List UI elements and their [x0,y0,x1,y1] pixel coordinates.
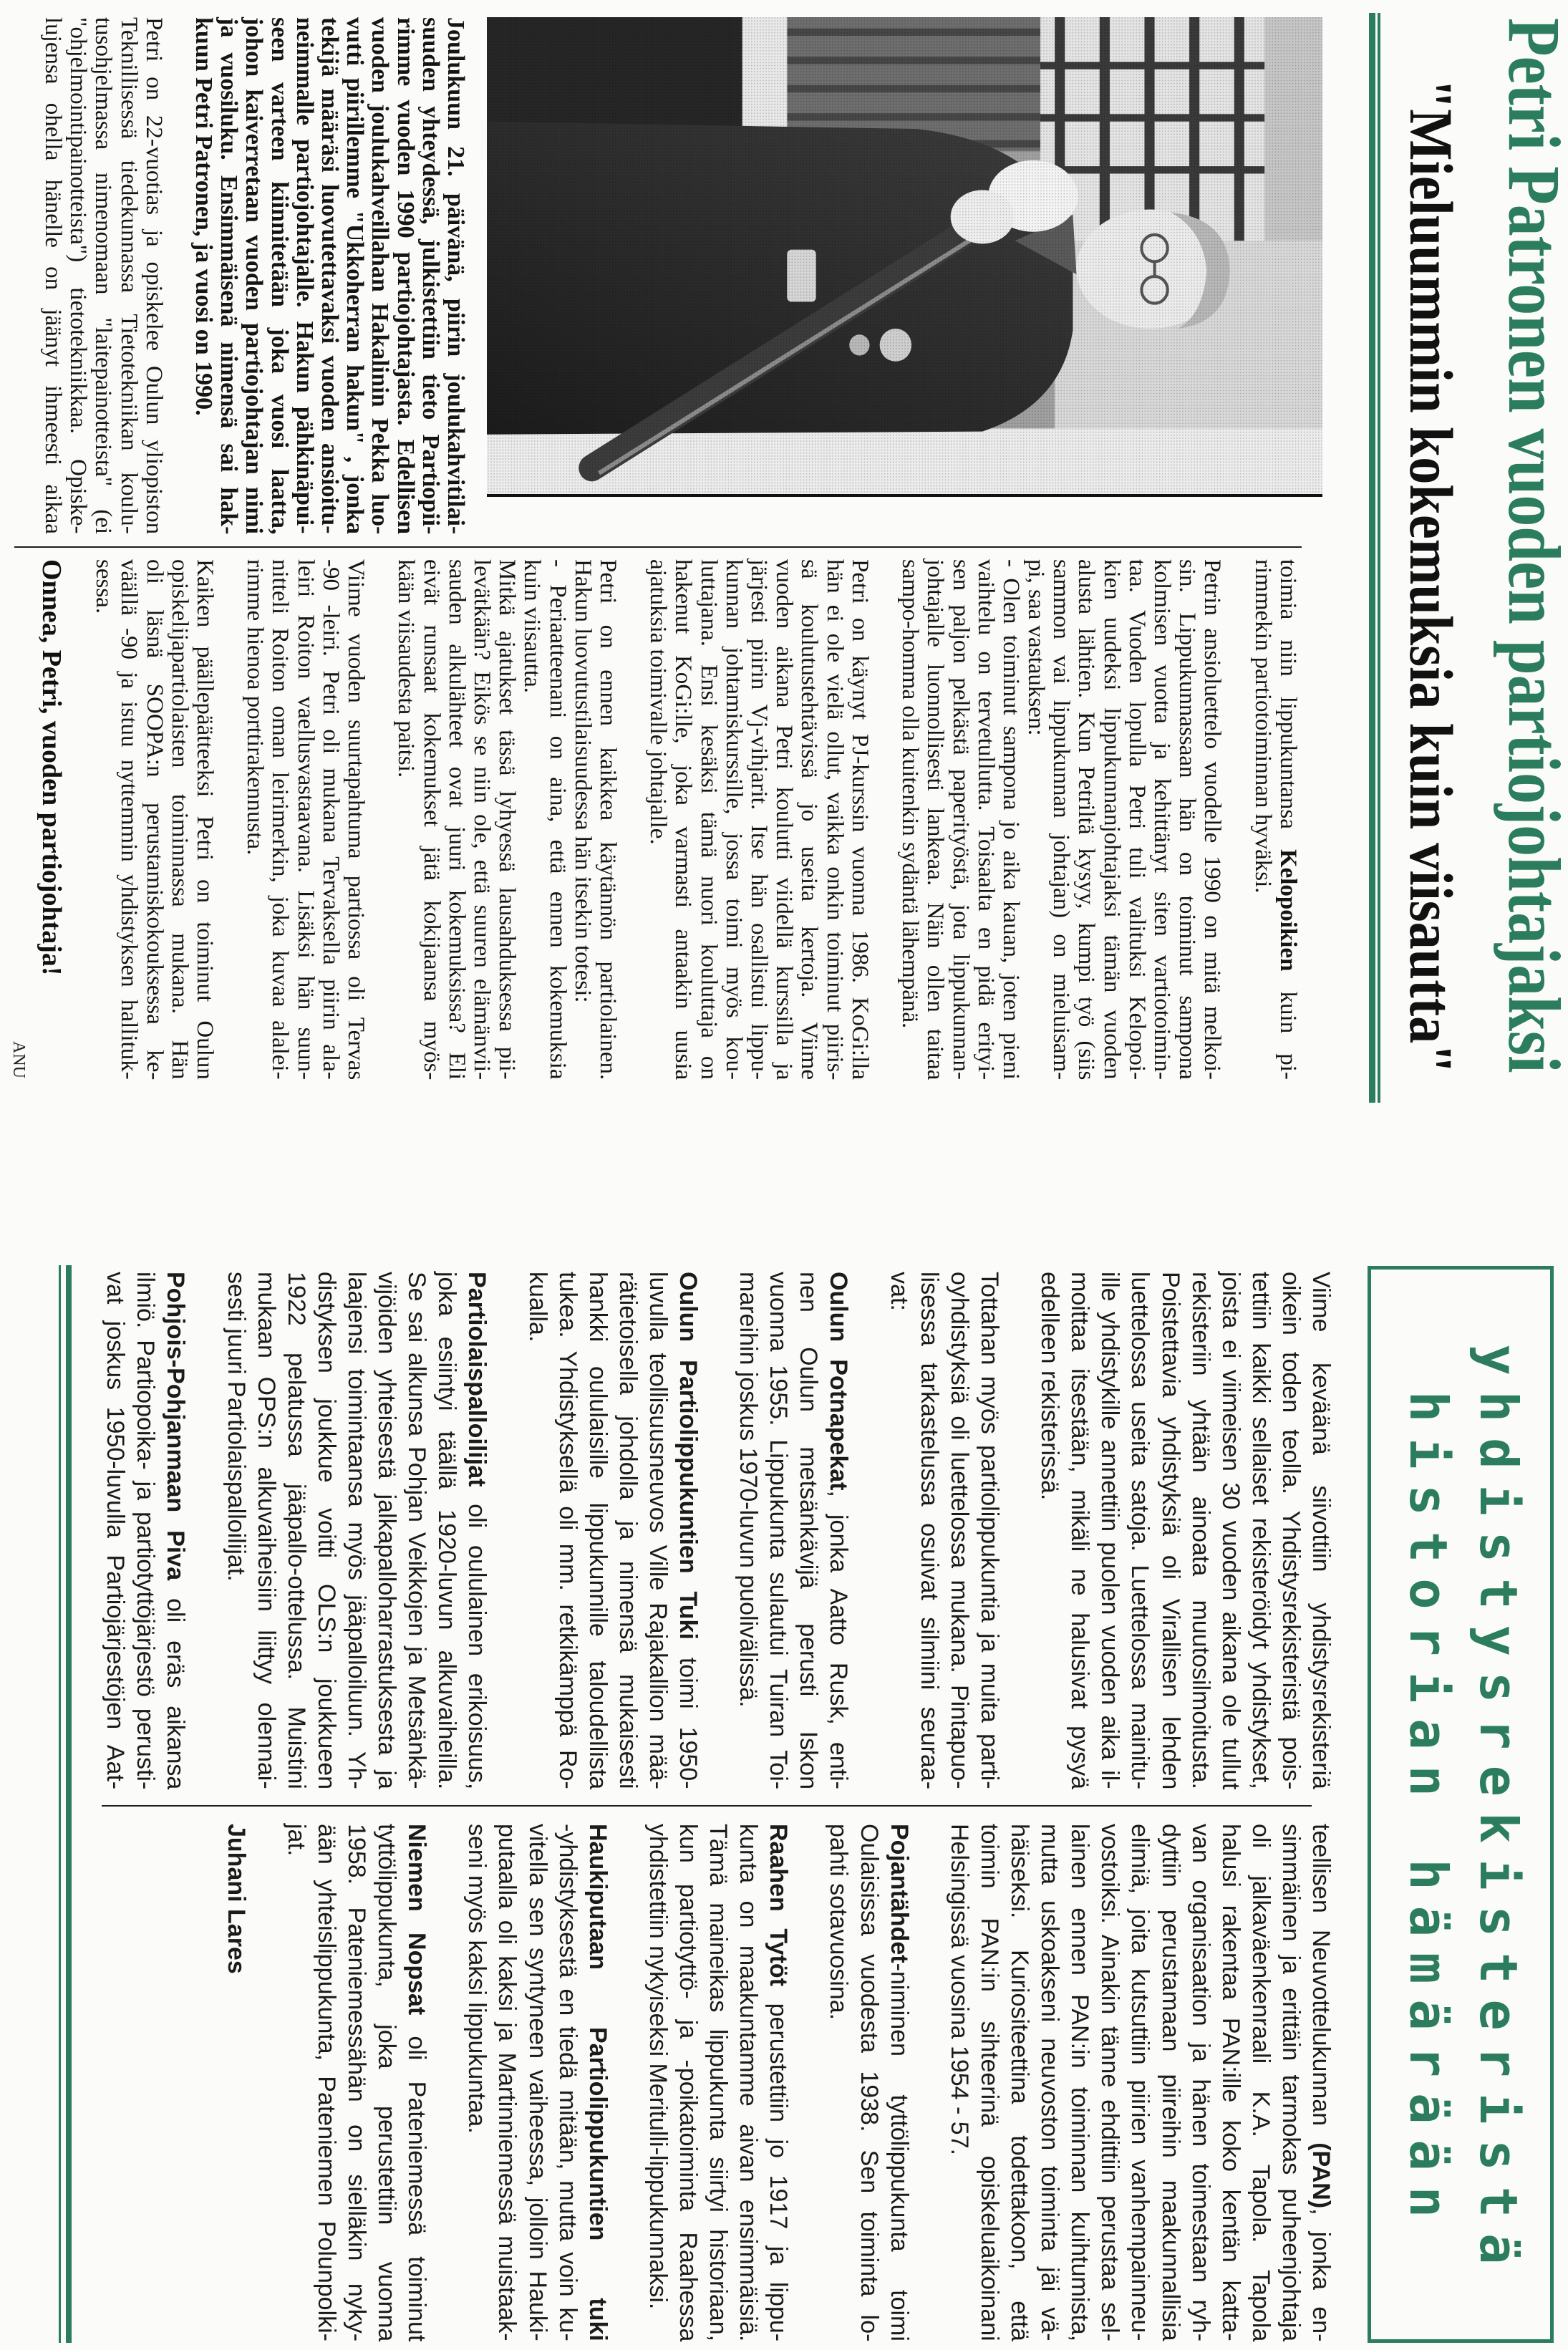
text-line: nen Oulun metsänkävijä perusti Iskon [793,1272,823,1789]
text-run: oyhdistyksiä oli luettelossa mukana. Pin… [946,1272,973,1789]
text-run: joka esiintyi täällä 1920-luvun alkuvaih… [433,1272,460,1789]
paragraph: Oulun Potnapekat, jonka Aatto Rusk, enti… [733,1272,853,1789]
text-line: mutta uskoakseni neuvoston toiminta jäi … [1035,1824,1065,2341]
bold-run: Niemen Nopsat [403,1824,430,2015]
text-run: Oulaisissa vuodesta 1938. Sen toiminta l… [856,1824,883,2341]
text-line-content: häiseksi. Kuriositeettina todettakoon, e… [1006,1824,1033,2341]
text-line-content: kualla. [524,1272,551,1342]
text-line: vostoiksi. Ainakin tänne ehdittiin perus… [1095,1824,1125,2341]
text-line: tyttölippukunta, joka perustettiin vuonn… [372,1824,402,2341]
text-run: Poistettavia yhdistyksiä oli Virallisen … [1157,1272,1184,1789]
text-line: Tämä maineikas lippukunta siirtyi histor… [703,1824,733,2341]
text-line-content: mutta uskoakseni neuvoston toiminta jäi … [1036,1824,1063,2341]
text-run: -niminen tyttölippukunta toimi [886,1963,913,2341]
text-run: dyttiin perustamaan piireihin maakunnall… [1157,1824,1184,2341]
text-run: kunta on maakuntamme aivan ensimmäisiä. [735,1824,762,2341]
text-run: lainen ennen PAN:in toiminnan kuihtumist… [1066,1824,1093,2341]
text-line: tukea. Yhdistyksellä oli mm. retkikämppä… [553,1272,583,1789]
text-line: luettelossa useita satoja. Luettelossa m… [1125,1272,1155,1789]
text-line-content: Partiolaispalloilijat oli oululainen eri… [463,1272,490,1789]
text-line: rätietoisella johdolla ja nimensä mukais… [613,1272,643,1789]
text-line: ilmiö. Partiopoika- ja partiotyttöjärjes… [130,1272,160,1789]
text-run: vostoiksi. Ainakin tänne ehdittiin perus… [1096,1824,1123,2341]
text-line: elimiä, joita kutsuttiin piirien vanhemp… [1125,1824,1155,2341]
text-line: pahti sotavuosina. [823,1824,853,2341]
column-1: Viime keväänä siivottiin yhdistysrekiste… [100,1272,1336,1789]
text-run: mutta uskoakseni neuvoston toiminta jäi … [1036,1824,1063,2341]
paragraph: Viime keväänä siivottiin yhdistysrekiste… [1035,1272,1336,1789]
text-run: toimin PAN:in sihteerinä opiskeluaikoina… [976,1824,1003,2341]
text-run: lisessa tarkastelussa osuivat silmiini s… [916,1272,943,1789]
text-run: ilmiö. Partiopoika- ja partiotyttöjärjes… [132,1272,159,1789]
text-line-content: rekisteriin yhtään ainoata muutosilmoitu… [1187,1272,1214,1789]
text-run: ille yhdistykille annettiin puolen vuode… [1096,1272,1123,1789]
text-run: , jonka en- [1307,2208,1335,2341]
text-run: jat. [283,1824,310,1856]
text-line: vuonna 1955. Lippukunta sulautui Tuiran … [763,1272,793,1789]
text-line: mareihin joskus 1970-luvun puolivälissä. [733,1272,763,1789]
column-1-paragraphs: Viime keväänä siivottiin yhdistysrekiste… [100,1272,1336,1789]
text-line: 1958. Pateniemessähän on sielläkin nyky- [342,1824,372,2341]
text-run: seni myös kaksi lippukuntaa. [463,1824,490,2134]
text-run: vijöiden yhteisestä jalkapalloharrastuks… [373,1272,400,1789]
text-line-content: moittaa itsestään, mikäli ne halusivat p… [1066,1272,1093,1789]
text-line: vat: [884,1272,914,1789]
bold-run: Raahen Tytöt [765,1824,792,1986]
text-line-content: vijöiden yhteisestä jalkapalloharrastuks… [373,1272,400,1789]
text-run: putaalla oli kaksi ja Martinniemessä mui… [493,1824,521,2341]
text-line: vat joskus 1950-luvulla Partiojärjestöje… [100,1272,130,1789]
text-run: oli Pateniemessä toiminut [403,2015,430,2341]
text-line-content: luettelossa useita satoja. Luettelossa m… [1126,1272,1153,1789]
text-run: joista ei viimeisen 30 vuoden aikana ole… [1217,1272,1244,1789]
text-line-content: dyttiin perustamaan piireihin maakunnall… [1157,1824,1184,2341]
paragraph: Haukiputaan Partiolippukuntien tuki-yhdi… [462,1824,612,2341]
text-run: rätietoisella johdolla ja nimensä mukais… [614,1272,642,1789]
text-run: teellisen Neuvottelukunnan [1307,1824,1335,2142]
text-run: halusi rakentaa PAN:ille koko kentän kat… [1217,1824,1244,2341]
green-rule-thick [66,1265,72,2343]
text-run: Tämä maineikas lippukunta siirtyi histor… [705,1824,732,2341]
text-run: ään yhteislippukunta, Pateniemen Polunpo… [313,1824,340,2341]
text-line-content: Oulaisissa vuodesta 1938. Sen toiminta l… [856,1824,883,2341]
text-line-content: oikein toden teolla. Yhdistysrekisterist… [1277,1272,1305,1789]
text-line-content: van organisaation ja hänen toimestaan ry… [1187,1824,1214,2341]
green-rule-thin [59,1265,61,2343]
text-line: Niemen Nopsat oli Pateniemessä toiminut [402,1824,432,2341]
paragraph: Oulun Partiolippukuntien Tuki toimi 1950… [522,1272,703,1789]
text-line-content: teellisen Neuvottelukunnan (PAN), jonka … [1307,1824,1335,2341]
text-line-content: sesti juuri Partiolaispalloilijat. [223,1272,250,1582]
paragraph: Pojantähdet-niminen tyttölippukunta toim… [823,1824,914,2341]
text-run: 1922 pelatussa jääpallo-ottelussa. Muist… [283,1272,310,1789]
text-run: kun partiotyttö- ja -poikatoiminta Raahe… [674,1824,702,2341]
text-run: mareihin joskus 1970-luvun puolivälissä. [735,1272,762,1708]
text-line: teellisen Neuvottelukunnan (PAN), jonka … [1306,1824,1336,2341]
text-line: halusi rakentaa PAN:ille koko kentän kat… [1216,1824,1246,2341]
text-run: -yhdistyksestä en tiedä mitään, mutta vo… [554,1824,581,2341]
text-run: oikein toden teolla. Yhdistysrekisterist… [1277,1272,1305,1789]
text-line: moittaa itsestään, mikäli ne halusivat p… [1065,1272,1095,1789]
bold-run: Haukiputaan Partiolippukuntien tuki [584,1824,611,2341]
text-line: Se sai alkunsa Pohjan Veikkojen ja Metsä… [402,1272,432,1789]
text-line-content: distyksen joukkue voitti OLS:n joukkueen [313,1272,340,1789]
text-run: van organisaation ja hänen toimestaan ry… [1187,1824,1214,2341]
text-line-content: Tottahan myös partiolippukuntia ja muita… [976,1272,1003,1789]
text-run: 1958. Pateniemessähän on sielläkin nyky- [343,1824,370,2341]
text-line: Poistettavia yhdistyksiä oli Virallisen … [1155,1272,1185,1789]
text-line-content: lainen ennen PAN:in toiminnan kuihtumist… [1066,1824,1093,2341]
text-run: Viime keväänä siivottiin yhdistysrekiste… [1307,1272,1335,1789]
text-line-content: Pohjois-Pohjanmaan Piva oli eräs aikansa [162,1272,189,1789]
bold-run: Oulun Potnapekat [826,1272,853,1491]
text-line-content: vuonna 1955. Lippukunta sulautui Tuiran … [765,1272,792,1789]
text-line: joka esiintyi täällä 1920-luvun alkuvaih… [432,1272,462,1789]
text-run: tyttölippukunta, joka perustettiin vuonn… [373,1824,400,2341]
text-line: vitella sen syntyneen vaiheessa, jolloin… [522,1824,552,2341]
bold-run: Oulun Partiolippukuntien Tuki [674,1272,702,1640]
text-line-content: tukea. Yhdistyksellä oli mm. retkikämppä… [554,1272,581,1789]
text-line-content: seni myös kaksi lippukuntaa. [463,1824,490,2134]
text-line: Pojantähdet-niminen tyttölippukunta toim… [884,1824,914,2341]
text-line-content: hankki oululaisille lippukunnille taloud… [584,1272,611,1789]
text-line: Partiolaispalloilijat oli oululainen eri… [462,1272,492,1789]
text-line-content: joka esiintyi täällä 1920-luvun alkuvaih… [433,1272,460,1789]
text-run: vat: [886,1272,913,1311]
text-line: joista ei viimeisen 30 vuoden aikana ole… [1216,1272,1246,1789]
text-line: -yhdistyksestä en tiedä mitään, mutta vo… [553,1824,583,2341]
text-run: luettelossa useita satoja. Luettelossa m… [1126,1272,1153,1789]
text-run: tukea. Yhdistyksellä oli mm. retkikämppä… [554,1272,581,1789]
text-line-content: nen Oulun metsänkävijä perusti Iskon [795,1272,822,1789]
text-line-content: putaalla oli kaksi ja Martinniemessä mui… [493,1824,521,2341]
text-line: yhdistettiin nykyiseksi Meritulli-lippuk… [643,1824,673,2341]
bold-run: Pojantähdet [886,1824,913,1963]
column-divider [102,1805,1312,1807]
text-run: Tottahan myös partiolippukuntia ja muita… [976,1272,1003,1789]
text-line: oyhdistyksiä oli luettelossa mukana. Pin… [944,1272,974,1789]
text-line-content: lisessa tarkastelussa osuivat silmiini s… [916,1272,943,1789]
text-run: sesti juuri Partiolaispalloilijat. [223,1272,250,1582]
text-line: Haukiputaan Partiolippukuntien tuki [583,1824,613,2341]
text-line-content: mukaan OPS:n alkuvaiheisiin liittyy olen… [253,1272,280,1789]
text-line-content: Viime keväänä siivottiin yhdistysrekiste… [1307,1272,1335,1789]
magazine-spread: Petri Patronen vuoden partiojohtajaksi "… [0,0,1568,2350]
text-line-content: -yhdistyksestä en tiedä mitään, mutta vo… [554,1824,581,2341]
text-line: Viime keväänä siivottiin yhdistysrekiste… [1306,1272,1336,1789]
text-line: lisessa tarkastelussa osuivat silmiini s… [914,1272,944,1789]
text-line: dyttiin perustamaan piireihin maakunnall… [1155,1824,1185,2341]
heading-line-1: yhdistysrekisteristä [1473,1270,1524,2339]
text-line-content: joista ei viimeisen 30 vuoden aikana ole… [1217,1272,1244,1789]
text-line: putaalla oli kaksi ja Martinniemessä mui… [492,1824,522,2341]
text-line: 1922 pelatussa jääpallo-ottelussa. Muist… [281,1272,311,1789]
text-run: nen Oulun metsänkävijä perusti Iskon [795,1272,822,1789]
heading-box: yhdistysrekisteristä historian hämärään [1368,1266,1554,2343]
text-run: vat joskus 1950-luvulla Partiojärjestöje… [102,1272,129,1789]
text-line: häiseksi. Kuriositeettina todettakoon, e… [1005,1824,1035,2341]
paragraph: Raahen Tytöt perustettiin jo 1917 ja lip… [643,1824,793,2341]
text-line: Raahen Tytöt perustettiin jo 1917 ja lip… [763,1824,793,2341]
text-line: rekisteriin yhtään ainoata muutosilmoitu… [1186,1272,1216,1789]
text-line: distyksen joukkue voitti OLS:n joukkueen [311,1272,342,1789]
text-line-content: luvulla teollisuusneuvos Ville Rajakalli… [644,1272,672,1789]
text-line-content: oli jalkaväenkenraali K.A. Tapola. Tapol… [1247,1824,1274,2341]
text-line: kun partiotyttö- ja -poikatoiminta Raahe… [673,1824,703,2341]
text-line: laajensi toimintaansa myös jääpalloiluun… [342,1272,372,1789]
text-line-content: edelleen rekisterissä. [1036,1272,1063,1500]
heading-line-2: historian hämärään [1403,1270,1454,2339]
text-line-content: rätietoisella johdolla ja nimensä mukais… [614,1272,642,1789]
text-line: Oulun Potnapekat, jonka Aatto Rusk, enti… [823,1272,853,1789]
text-run: , jonka Aatto Rusk, enti- [826,1491,853,1789]
text-line-content: mareihin joskus 1970-luvun puolivälissä. [735,1272,762,1708]
text-line-content: Helsingissä vuosina 1954 - 57. [946,1824,973,2155]
text-run: kualla. [524,1272,551,1342]
text-line: van organisaation ja hänen toimestaan ry… [1186,1824,1216,2341]
text-line: edelleen rekisterissä. [1035,1272,1065,1789]
author-signature: Juhani Lares [221,1824,251,2341]
text-line-content: Oulun Potnapekat, jonka Aatto Rusk, enti… [826,1272,853,1789]
text-line-content: ilmiö. Partiopoika- ja partiotyttöjärjes… [132,1272,159,1789]
text-line-content: 1958. Pateniemessähän on sielläkin nyky- [343,1824,370,2341]
text-line-content: simmäinen ja erittäin tarmokas puheenjoh… [1277,1824,1305,2341]
text-line-content: toimin PAN:in sihteerinä opiskeluaikoina… [976,1824,1003,2341]
text-run: pahti sotavuosina. [826,1824,853,2020]
text-line: Tottahan myös partiolippukuntia ja muita… [974,1272,1005,1789]
text-line-content: Tämä maineikas lippukunta siirtyi histor… [705,1824,732,2341]
text-line: ille yhdistykille annettiin puolen vuode… [1095,1272,1125,1789]
text-line: kunta on maakuntamme aivan ensimmäisiä. [733,1824,763,2341]
text-run: tettiin kaikki sellaiset rekisteröidyt y… [1247,1272,1274,1789]
text-line-content: Niemen Nopsat oli Pateniemessä toiminut [403,1824,430,2341]
text-line: Oulun Partiolippukuntien Tuki toimi 1950… [673,1272,703,1789]
bold-run: (PAN) [1307,2142,1335,2208]
text-line: oli jalkaväenkenraali K.A. Tapola. Tapol… [1246,1824,1276,2341]
bold-run: Partiolaispalloilijat [463,1272,490,1486]
text-line: Oulaisissa vuodesta 1938. Sen toiminta l… [854,1824,884,2341]
text-line-content: Haukiputaan Partiolippukuntien tuki [584,1824,611,2341]
text-line-content: kun partiotyttö- ja -poikatoiminta Raahe… [674,1824,702,2341]
bold-run: Pohjois-Pohjanmaan Piva [162,1272,189,1580]
text-run: yhdistettiin nykyiseksi Meritulli-lippuk… [644,1824,672,2309]
text-line-content: elimiä, joita kutsuttiin piirien vanhemp… [1126,1824,1153,2341]
text-line-content: jat. [283,1824,310,1856]
paragraph: teellisen Neuvottelukunnan (PAN), jonka … [944,1824,1336,2341]
text-run: distyksen joukkue voitti OLS:n joukkueen [313,1272,340,1789]
text-line: jat. [281,1824,311,2341]
text-run: simmäinen ja erittäin tarmokas puheenjoh… [1277,1824,1305,2341]
right-page-article: yhdistysrekisteristä historian hämärään … [0,0,1568,2350]
text-line: lainen ennen PAN:in toiminnan kuihtumist… [1065,1824,1095,2341]
text-line-content: tettiin kaikki sellaiset rekisteröidyt y… [1247,1272,1274,1789]
paragraph: Niemen Nopsat oli Pateniemessä toiminutt… [281,1824,432,2341]
text-line: oikein toden teolla. Yhdistysrekisterist… [1276,1272,1306,1789]
text-line-content: vitella sen syntyneen vaiheessa, jolloin… [524,1824,551,2341]
text-line-content: oyhdistyksiä oli luettelossa mukana. Pin… [946,1272,973,1789]
text-line: mukaan OPS:n alkuvaiheisiin liittyy olen… [251,1272,281,1789]
column-2: teellisen Neuvottelukunnan (PAN), jonka … [221,1824,1336,2341]
text-line-content: Poistettavia yhdistyksiä oli Virallisen … [1157,1272,1184,1789]
text-line: Pohjois-Pohjanmaan Piva oli eräs aikansa [160,1272,190,1789]
text-line-content: Raahen Tytöt perustettiin jo 1917 ja lip… [765,1824,792,2341]
paragraph: Tottahan myös partiolippukuntia ja muita… [884,1272,1005,1789]
text-line-content: vat joskus 1950-luvulla Partiojärjestöje… [102,1272,129,1789]
text-line: seni myös kaksi lippukuntaa. [462,1824,492,2341]
text-run: laajensi toimintaansa myös jääpalloiluun… [343,1272,370,1789]
text-line-content: Se sai alkunsa Pohjan Veikkojen ja Metsä… [403,1272,430,1789]
text-run: moittaa itsestään, mikäli ne halusivat p… [1066,1272,1093,1789]
text-line-content: vostoiksi. Ainakin tänne ehdittiin perus… [1096,1824,1123,2341]
paragraph: Partiolaispalloilijat oli oululainen eri… [221,1272,493,1789]
text-line: toimin PAN:in sihteerinä opiskeluaikoina… [974,1824,1005,2341]
text-line-content: 1922 pelatussa jääpallo-ottelussa. Muist… [283,1272,310,1789]
text-line-content: ille yhdistykille annettiin puolen vuode… [1096,1272,1123,1789]
text-line-content: Oulun Partiolippukuntien Tuki toimi 1950… [674,1272,702,1789]
column-2-paragraphs: teellisen Neuvottelukunnan (PAN), jonka … [281,1824,1336,2341]
text-run: vitella sen syntyneen vaiheessa, jolloin… [524,1824,551,2341]
text-line-content: ään yhteislippukunta, Pateniemen Polunpo… [313,1824,340,2341]
text-line: sesti juuri Partiolaispalloilijat. [221,1272,251,1789]
text-line: vijöiden yhteisestä jalkapalloharrastuks… [372,1272,402,1789]
text-line: hankki oululaisille lippukunnille taloud… [583,1272,613,1789]
text-run: luvulla teollisuusneuvos Ville Rajakalli… [644,1272,672,1789]
text-line: ään yhteislippukunta, Pateniemen Polunpo… [311,1824,342,2341]
text-run: rekisteriin yhtään ainoata muutosilmoitu… [1187,1272,1214,1789]
text-run: Helsingissä vuosina 1954 - 57. [946,1824,973,2155]
text-line-content: Pojantähdet-niminen tyttölippukunta toim… [886,1824,913,2341]
text-line-content: laajensi toimintaansa myös jääpalloiluun… [343,1272,370,1789]
text-run: perustettiin jo 1917 ja lippu- [765,1986,792,2341]
text-run: oli jalkaväenkenraali K.A. Tapola. Tapol… [1247,1824,1274,2341]
text-run: vuonna 1955. Lippukunta sulautui Tuiran … [765,1272,792,1789]
text-line-content: kunta on maakuntamme aivan ensimmäisiä. [735,1824,762,2341]
text-line: luvulla teollisuusneuvos Ville Rajakalli… [643,1272,673,1789]
text-run: elimiä, joita kutsuttiin piirien vanhemp… [1126,1824,1153,2341]
paragraph: Pohjois-Pohjanmaan Piva oli eräs aikansa… [100,1272,190,1789]
text-line: tettiin kaikki sellaiset rekisteröidyt y… [1246,1272,1276,1789]
text-line: kualla. [522,1272,552,1789]
text-line-content: halusi rakentaa PAN:ille koko kentän kat… [1217,1824,1244,2341]
text-run: edelleen rekisterissä. [1036,1272,1063,1500]
text-line: Helsingissä vuosina 1954 - 57. [944,1824,974,2341]
text-run: oli eräs aikansa [162,1580,189,1789]
text-line-content: tyttölippukunta, joka perustettiin vuonn… [373,1824,400,2341]
text-line-content: yhdistettiin nykyiseksi Meritulli-lippuk… [644,1824,672,2309]
text-run: Se sai alkunsa Pohjan Veikkojen ja Metsä… [403,1272,430,1789]
text-line-content: vat: [886,1272,913,1311]
text-run: häiseksi. Kuriositeettina todettakoon, e… [1006,1824,1033,2341]
text-line-content: pahti sotavuosina. [826,1824,853,2020]
text-run: hankki oululaisille lippukunnille taloud… [584,1272,611,1789]
text-run: mukaan OPS:n alkuvaiheisiin liittyy olen… [253,1272,280,1789]
text-run: toimi 1950- [674,1640,702,1789]
text-line: simmäinen ja erittäin tarmokas puheenjoh… [1276,1824,1306,2341]
text-run: oli oululainen erikoisuus, [463,1486,490,1789]
